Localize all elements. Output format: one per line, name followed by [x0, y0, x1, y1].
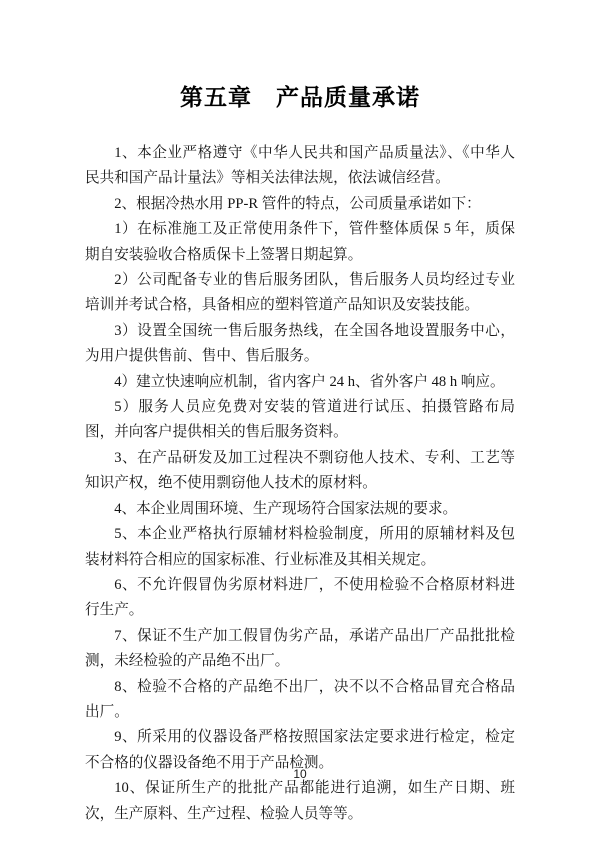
paragraph-8: 3、在产品研发及加工过程决不剽窃他人技术、专利、工艺等知识产权，绝不使用剽窃他人… [85, 446, 515, 497]
paragraph-7: 5）服务人员应免费对安装的管道进行试压、拍摄管路布局图，并向客户提供相关的售后服… [85, 395, 515, 446]
paragraph-11: 6、不允许假冒伪劣原材料进厂，不使用检验不合格原材料进行生产。 [85, 573, 515, 624]
paragraph-13: 8、检验不合格的产品绝不出厂，决不以不合格品冒充合格品出厂。 [85, 675, 515, 726]
paragraph-1: 1、本企业严格遵守《中华人民共和国产品质量法》、《中华人民共和国产品计量法》等相… [85, 141, 515, 192]
paragraph-5: 3）设置全国统一售后服务热线，在全国各地设置服务中心，为用户提供售前、售中、售后… [85, 319, 515, 370]
paragraph-15: 10、保证所生产的批批产品都能进行追溯，如生产日期、班次，生产原料、生产过程、检… [85, 776, 515, 827]
paragraph-12: 7、保证不生产加工假冒伪劣产品，承诺产品出厂产品批批检测，未经检验的产品绝不出厂… [85, 624, 515, 675]
paragraph-6: 4）建立快速响应机制，省内客户 24 h、省外客户 48 h 响应。 [85, 370, 515, 395]
paragraph-4: 2）公司配备专业的售后服务团队，售后服务人员均经过专业培训并考试合格，具备相应的… [85, 268, 515, 319]
document-page: 第五章 产品质量承诺 1、本企业严格遵守《中华人民共和国产品质量法》、《中华人民… [0, 0, 600, 848]
paragraph-3: 1）在标准施工及正常使用条件下，管件整体质保 5 年，质保期自安装验收合格质保卡… [85, 217, 515, 268]
page-number: 10 [0, 767, 600, 781]
paragraph-9: 4、本企业周围环境、生产现场符合国家法规的要求。 [85, 497, 515, 522]
document-body: 1、本企业严格遵守《中华人民共和国产品质量法》、《中华人民共和国产品计量法》等相… [85, 141, 515, 827]
paragraph-2: 2、根据冷热水用 PP-R 管件的特点，公司质量承诺如下： [85, 192, 515, 217]
paragraph-10: 5、本企业严格执行原辅材料检验制度，所用的原辅材料及包装材料符合相应的国家标准、… [85, 522, 515, 573]
chapter-title: 第五章 产品质量承诺 [0, 84, 600, 112]
